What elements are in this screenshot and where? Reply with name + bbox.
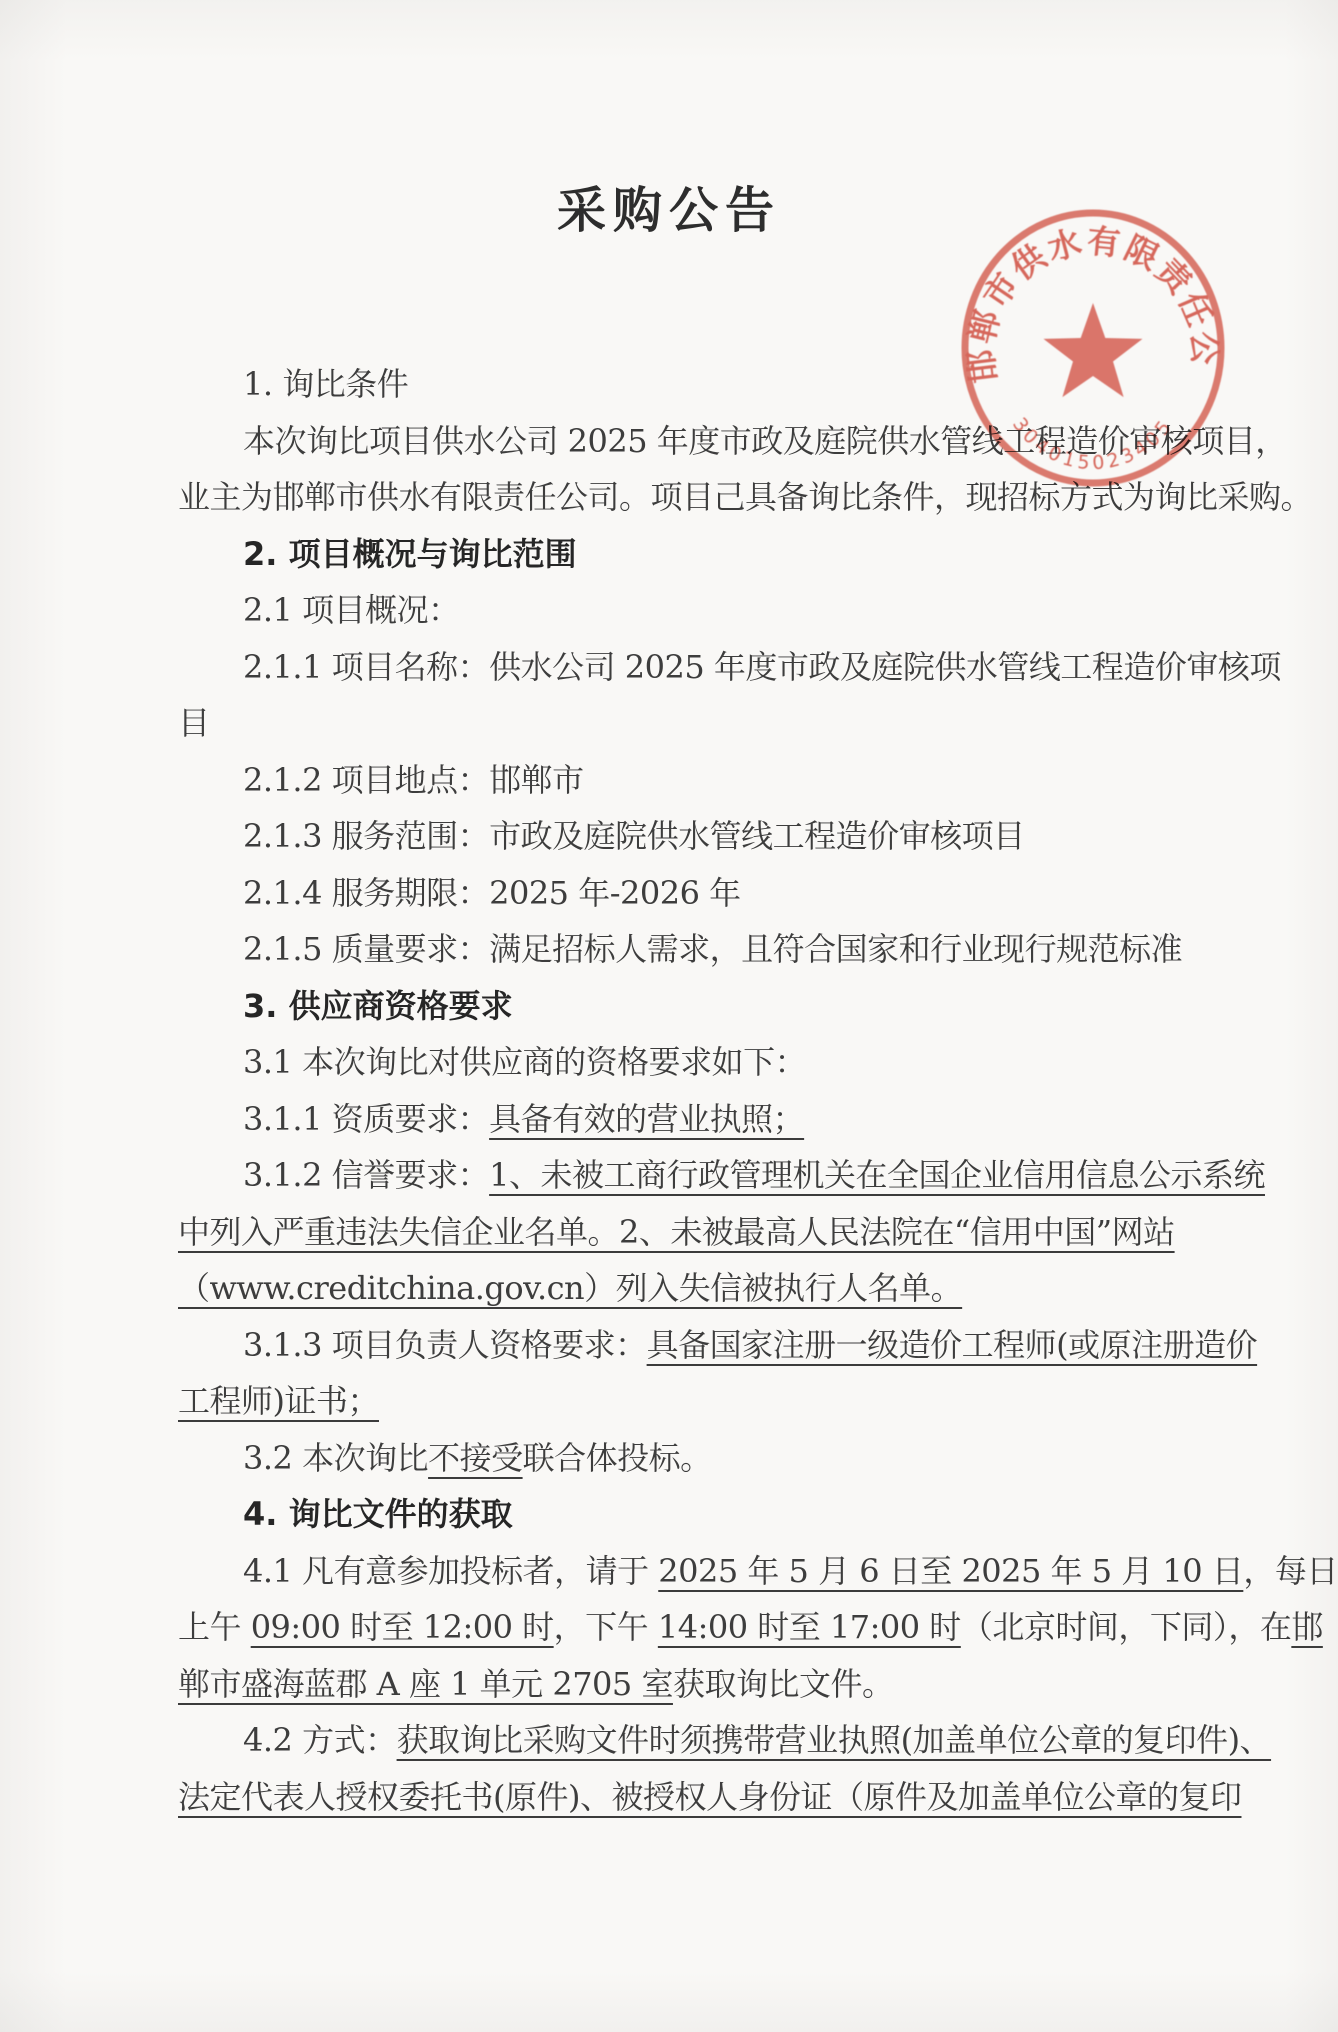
doc-line: 2.1.3 服务范围：市政及庭院供水管线工程造价审核项目 (178, 808, 1240, 865)
text-segment: 上午 (178, 1608, 251, 1646)
text-segment: ，每日 (1243, 1552, 1338, 1590)
doc-line: 4. 询比文件的获取 (178, 1486, 1240, 1543)
text-segment: 工程师)证书； (178, 1382, 379, 1420)
text-segment: 4.1 凡有意参加投标者，请于 (243, 1552, 658, 1590)
text-segment: 09:00 时至 12:00 时 (251, 1608, 554, 1646)
text-segment: 3.1.3 项目负责人资格要求： (243, 1326, 647, 1364)
text-segment: 目 (178, 704, 210, 742)
doc-line: （www.creditchina.gov.cn）列入失信被执行人名单。 (178, 1260, 1240, 1317)
text-segment: 4. 询比文件的获取 (243, 1495, 513, 1533)
doc-line: 中列入严重违法失信企业名单。2、未被最高人民法院在“信用中国”网站 (178, 1204, 1240, 1261)
text-segment: 2.1.3 服务范围：市政及庭院供水管线工程造价审核项目 (243, 817, 1025, 855)
text-segment: 2.1 项目概况： (243, 591, 460, 629)
official-seal: 邯郸市供水有限责任公司 304015023405 (951, 205, 1235, 495)
text-segment: 1、未被工商行政管理机关在全国企业信用信息公示系统 (489, 1156, 1265, 1194)
doc-line: 2.1.4 服务期限：2025 年-2026 年 (178, 865, 1240, 922)
text-segment: 郸市盛海蓝郡 A 座 1 单元 2705 室 (178, 1665, 673, 1703)
document-body: 1. 询比条件本次询比项目供水公司 2025 年度市政及庭院供水管线工程造价审核… (178, 356, 1240, 1825)
text-segment: 3.1.1 资质要求： (243, 1100, 489, 1138)
doc-line: 2.1.1 项目名称：供水公司 2025 年度市政及庭院供水管线工程造价审核项 (178, 639, 1240, 696)
text-segment: 2. 项目概况与询比范围 (243, 535, 577, 573)
text-segment: 不接受 (428, 1439, 523, 1477)
text-segment: 获取询比采购文件时须携带营业执照(加盖单位公章的复印件)、 (397, 1721, 1271, 1759)
text-segment: 邯 (1291, 1608, 1323, 1646)
text-segment: ，下午 (554, 1608, 658, 1646)
text-segment: 2.1.4 服务期限：2025 年-2026 年 (243, 874, 741, 912)
text-segment: （www.creditchina.gov.cn）列入失信被执行人名单。 (178, 1269, 962, 1307)
doc-line: 2.1.2 项目地点：邯郸市 (178, 752, 1240, 809)
text-segment: 1. 询比条件 (243, 365, 408, 403)
doc-line: 2. 项目概况与询比范围 (178, 526, 1240, 583)
doc-line: 2.1 项目概况： (178, 582, 1240, 639)
doc-line: 3.1.3 项目负责人资格要求：具备国家注册一级造价工程师(或原注册造价 (178, 1317, 1240, 1374)
scanned-document-page: 采购公告 1. 询比条件本次询比项目供水公司 2025 年度市政及庭院供水管线工… (0, 0, 1338, 2032)
seal-star (1044, 303, 1143, 397)
text-segment: 中列入严重违法失信企业名单。2、未被最高人民法院在“信用中国”网站 (178, 1213, 1175, 1251)
doc-line: 4.2 方式：获取询比采购文件时须携带营业执照(加盖单位公章的复印件)、 (178, 1712, 1240, 1769)
text-segment: 3.1.2 信誉要求： (243, 1156, 489, 1194)
text-segment: 14:00 时至 17:00 时 (658, 1608, 961, 1646)
doc-line: 4.1 凡有意参加投标者，请于 2025 年 5 月 6 日至 2025 年 5… (178, 1543, 1240, 1600)
text-segment: 联合体投标。 (523, 1439, 712, 1477)
text-segment: 2.1.5 质量要求：满足招标人需求，且符合国家和行业现行规范标准 (243, 930, 1182, 968)
doc-line: 法定代表人授权委托书(原件)、被授权人身份证（原件及加盖单位公章的复印 (178, 1769, 1240, 1826)
doc-line: 3.1 本次询比对供应商的资格要求如下： (178, 1034, 1240, 1091)
doc-line: 3.2 本次询比不接受联合体投标。 (178, 1430, 1240, 1487)
doc-line: 2.1.5 质量要求：满足招标人需求，且符合国家和行业现行规范标准 (178, 921, 1240, 978)
text-segment: 2025 年 5 月 6 日至 2025 年 5 月 10 日 (658, 1552, 1243, 1590)
text-segment: 4.2 方式： (243, 1721, 397, 1759)
doc-line: 目 (178, 695, 1240, 752)
text-segment: 2.1.1 项目名称：供水公司 2025 年度市政及庭院供水管线工程造价审核项 (243, 648, 1281, 686)
text-segment: 具备有效的营业执照； (489, 1100, 804, 1138)
text-segment: 3.2 本次询比 (243, 1439, 428, 1477)
text-segment: 2.1.2 项目地点：邯郸市 (243, 761, 584, 799)
text-segment: （北京时间，下同），在 (961, 1608, 1292, 1646)
doc-line: 工程师)证书； (178, 1373, 1240, 1430)
doc-line: 上午 09:00 时至 12:00 时，下午 14:00 时至 17:00 时（… (178, 1599, 1240, 1656)
text-segment: 获取询比文件。 (673, 1665, 894, 1703)
text-segment: 具备国家注册一级造价工程师(或原注册造价 (647, 1326, 1258, 1364)
text-segment: 法定代表人授权委托书(原件)、被授权人身份证（原件及加盖单位公章的复印 (178, 1778, 1241, 1816)
doc-line: 3. 供应商资格要求 (178, 978, 1240, 1035)
text-segment: 3. 供应商资格要求 (243, 987, 513, 1025)
doc-line: 3.1.1 资质要求：具备有效的营业执照； (178, 1091, 1240, 1148)
doc-line: 郸市盛海蓝郡 A 座 1 单元 2705 室获取询比文件。 (178, 1656, 1240, 1713)
text-segment: 3.1 本次询比对供应商的资格要求如下： (243, 1043, 806, 1081)
doc-line: 3.1.2 信誉要求：1、未被工商行政管理机关在全国企业信用信息公示系统 (178, 1147, 1240, 1204)
